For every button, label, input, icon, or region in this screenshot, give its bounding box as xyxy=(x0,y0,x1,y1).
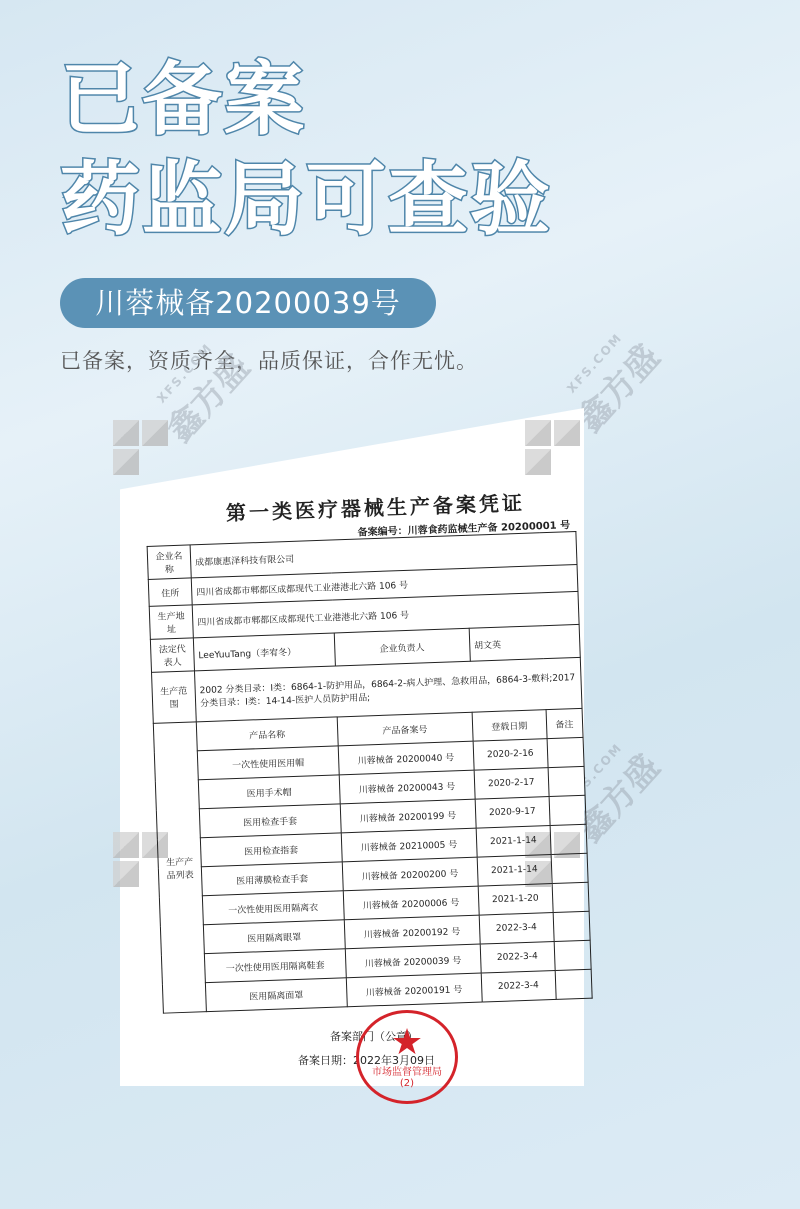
product-date: 2020-2-16 xyxy=(473,739,548,771)
certificate: 第一类医疗器械生产备案凭证 备案编号：川蓉食药监械生产备 20200001 号 … xyxy=(145,485,593,1014)
product-no: 川蓉械备 20200043 号 xyxy=(339,770,475,804)
field-label: 生产范围 xyxy=(152,671,197,723)
certificate-table: 企业名称成都康惠泽科技有限公司住所四川省成都市郫都区成都现代工业港港北六路 10… xyxy=(147,531,593,1014)
record-number-badge: 川蓉械备20200039号 xyxy=(60,278,436,328)
field-label: 法定代表人 xyxy=(150,638,194,672)
column-header: 登载日期 xyxy=(472,710,547,742)
product-date: 2021-1-20 xyxy=(478,884,553,916)
field-label: 企业名称 xyxy=(147,545,191,579)
legal-rep: LeeYuuTang（李宥冬） xyxy=(193,633,335,671)
product-date: 2022-3-4 xyxy=(481,970,556,1002)
official-seal: ★ 市场监督管理局 (2) xyxy=(356,1010,458,1104)
product-no: 川蓉械备 20200200 号 xyxy=(342,857,478,891)
product-note xyxy=(548,766,585,796)
subtitle: 已备案，资质齐全，品质保证，合作无忧。 xyxy=(60,345,478,375)
product-note xyxy=(551,853,588,883)
product-date: 2020-9-17 xyxy=(475,797,550,829)
product-no: 川蓉械备 20200006 号 xyxy=(343,886,479,920)
product-no: 川蓉械备 20200192 号 xyxy=(344,915,480,949)
product-note xyxy=(547,737,584,767)
column-header: 产品备案号 xyxy=(337,712,473,746)
field-label: 企业负责人 xyxy=(334,628,470,666)
product-date: 2022-3-4 xyxy=(479,913,554,945)
field-label: 生产地址 xyxy=(149,605,193,639)
headline-line1: 已备案 xyxy=(60,60,306,140)
product-note xyxy=(552,882,589,912)
field-label: 住所 xyxy=(148,578,192,606)
product-no: 川蓉械备 20200199 号 xyxy=(340,799,476,833)
product-no: 川蓉械备 20200039 号 xyxy=(345,944,481,978)
product-date: 2021-1-14 xyxy=(477,855,552,887)
product-no: 川蓉械备 20200040 号 xyxy=(338,741,474,775)
principal: 胡文英 xyxy=(469,624,580,661)
headline-line2: 药监局可查验 xyxy=(60,160,552,240)
watermark-logo-icon xyxy=(525,420,585,480)
product-no: 川蓉械备 20200191 号 xyxy=(346,973,482,1007)
product-date: 2022-3-4 xyxy=(480,942,555,974)
product-note xyxy=(550,824,587,854)
watermark-logo-icon xyxy=(113,420,173,480)
column-header: 备注 xyxy=(546,708,583,738)
product-note xyxy=(555,969,592,999)
product-note xyxy=(549,795,586,825)
product-date: 2020-2-17 xyxy=(474,768,549,800)
star-icon: ★ xyxy=(359,1023,455,1063)
product-note xyxy=(554,940,591,970)
product-date: 2021-1-14 xyxy=(476,826,551,858)
product-name: 医用隔离面罩 xyxy=(205,978,347,1012)
product-note xyxy=(553,911,590,941)
product-no: 川蓉械备 20210005 号 xyxy=(341,828,477,862)
